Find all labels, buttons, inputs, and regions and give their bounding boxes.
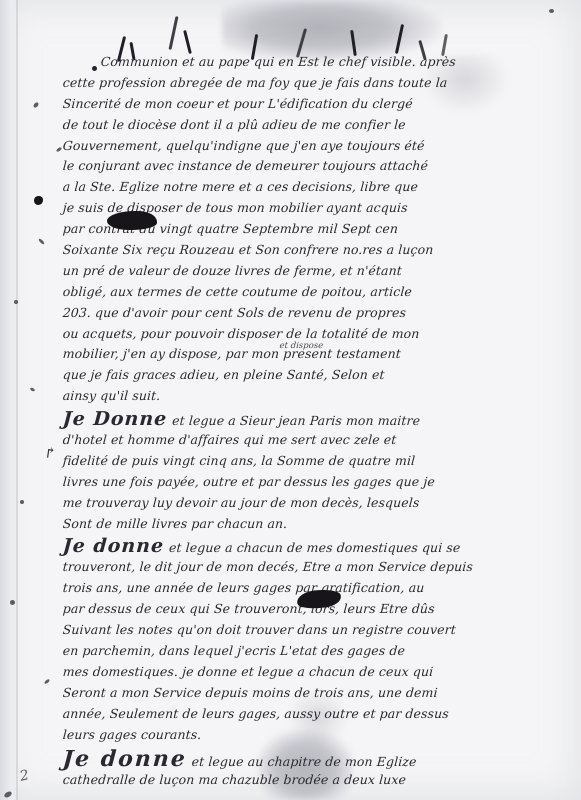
manuscript-line: leurs gages courants. <box>62 725 533 746</box>
manuscript-line-text: année, Seulement de leurs gages, aussy o… <box>62 706 449 721</box>
manuscript-line: le conjurant avec instance de demeurer t… <box>62 156 533 177</box>
manuscript-line-text: d'hotel et homme d'affaires qui me sert … <box>62 432 397 447</box>
manuscript-line: Je Donneet legue a Sieur jean Paris mon … <box>62 409 533 430</box>
manuscript-line-text: Seront a mon Service depuis moins de tro… <box>62 685 438 700</box>
manuscript-line-text: que je fais graces adieu, en pleine Sant… <box>62 367 385 382</box>
manuscript-line: Suivant les notes qu'on doit trouver dan… <box>62 620 533 641</box>
manuscript-line: en parchemin, dans lequel j'ecris L'etat… <box>62 641 533 662</box>
manuscript-line: d'hotel et homme d'affaires qui me sert … <box>62 430 533 451</box>
manuscript-line-text: a la Ste. Eglize notre mere et a ces dec… <box>62 179 418 194</box>
manuscript-line: et disposemobilier, j'en ay dispose, par… <box>62 344 533 365</box>
manuscript-line: cathedralle de luçon ma chazuble brodée … <box>62 770 533 791</box>
interline-insertion: et dispose <box>279 336 324 357</box>
manuscript-line: de tout le diocèse dont il a plû adieu d… <box>62 115 533 136</box>
manuscript-line-text: obligé, aux termes de cette coutume de p… <box>62 284 412 299</box>
manuscript-line-text: leurs gages courants. <box>62 727 202 742</box>
manuscript-line: ainsy qu'il suit. <box>62 386 533 407</box>
manuscript-line-text: cathedralle de luçon ma chazuble brodée … <box>62 772 406 787</box>
scanned-manuscript-page: ↱ 2 Communion et au pape qui en Est le c… <box>0 0 581 800</box>
ink-speck <box>38 238 45 245</box>
ink-speck <box>549 9 554 13</box>
manuscript-line-text: 203. que d'avoir pour cent Sols de reven… <box>62 305 406 320</box>
manuscript-line-text: ainsy qu'il suit. <box>62 388 161 403</box>
manuscript-line-text: Suivant les notes qu'on doit trouver dan… <box>62 622 456 637</box>
manuscript-line-text: Gouvernement, quelqu'indigne que j'en ay… <box>62 138 425 153</box>
manuscript-line: Seront a mon Service depuis moins de tro… <box>62 683 533 704</box>
manuscript-line-text: trois ans, une année de leurs gages par … <box>62 580 425 595</box>
paragraph-lead: Je Donne <box>62 408 173 430</box>
manuscript-line-text: fidelité de puis vingt cinq ans, la Somm… <box>62 453 415 468</box>
manuscript-line-text: trouveront, le dit jour de mon decés, Et… <box>62 559 473 574</box>
ink-speck <box>14 300 18 304</box>
manuscript-line: obligé, aux termes de cette coutume de p… <box>62 282 533 303</box>
ink-speck <box>10 600 15 605</box>
manuscript-line-text: et legue a chacun de mes domestiques qui… <box>169 540 461 555</box>
manuscript-line: fidelité de puis vingt cinq ans, la Somm… <box>62 451 533 472</box>
ink-blot-margin <box>34 196 43 205</box>
manuscript-line-text: je suis de disposer de tous mon mobilier… <box>62 200 408 215</box>
manuscript-line-text: et legue au chapitre de mon Eglize <box>191 754 417 769</box>
manuscript-line: trouveront, le dit jour de mon decés, Et… <box>62 557 533 578</box>
manuscript-line-text: par dessus de ceux qui Se trouveront, lo… <box>62 601 435 616</box>
page-number: 2 <box>18 767 30 785</box>
manuscript-line: 203. que d'avoir pour cent Sols de reven… <box>62 303 533 324</box>
ink-blot-over-word <box>107 211 157 230</box>
manuscript-text: Communion et au pape qui en Est le chef … <box>62 52 532 791</box>
bleedthrough-stroke <box>168 16 178 50</box>
manuscript-line: a la Ste. Eglize notre mere et a ces dec… <box>62 177 533 198</box>
manuscript-line-text: Sont de mille livres par chacun an. <box>62 516 288 531</box>
manuscript-line: Je donneet legue au chapitre de mon Egli… <box>62 749 533 770</box>
manuscript-line-text: et legue a Sieur jean Paris mon maitre <box>172 413 421 428</box>
manuscript-line-text: mobilier, j'en ay dispose, par mon prese… <box>62 346 401 361</box>
manuscript-line: que je fais graces adieu, en pleine Sant… <box>62 365 533 386</box>
manuscript-line: Sont de mille livres par chacun an. <box>62 514 533 535</box>
manuscript-line-text: en parchemin, dans lequel j'ecris L'etat… <box>62 643 405 658</box>
margin-insert-arrow-icon: ↱ <box>43 443 58 463</box>
manuscript-line: Sincerité de mon coeur et pour L'édifica… <box>62 94 533 115</box>
manuscript-line: cette profession abregée de ma foy que j… <box>62 73 533 94</box>
manuscript-line: trois ans, une année de leurs gages par … <box>62 578 533 599</box>
paragraph-lead: Je donne <box>62 746 193 772</box>
manuscript-line: Gouvernement, quelqu'indigne que j'en ay… <box>62 136 533 157</box>
paragraph-lead: Je donne <box>62 535 170 557</box>
ink-speck <box>30 387 36 392</box>
manuscript-line-text: de tout le diocèse dont il a plû adieu d… <box>62 117 406 132</box>
manuscript-line: Soixante Six reçu Rouzeau et Son confrer… <box>62 240 533 261</box>
manuscript-line-text: mes domestiques. je donne et legue a cha… <box>62 664 434 679</box>
manuscript-line: Communion et au pape qui en Est le chef … <box>62 52 533 73</box>
paper-crease <box>16 0 18 800</box>
manuscript-line: Je donneet legue a chacun de mes domesti… <box>62 536 533 557</box>
manuscript-line: livres une fois payée, outre et par dess… <box>62 472 533 493</box>
manuscript-line-text: Soixante Six reçu Rouzeau et Son confrer… <box>62 242 434 257</box>
bleedthrough-stroke <box>183 30 192 54</box>
manuscript-line-text: cette profession abregée de ma foy que j… <box>62 75 448 90</box>
manuscript-line-text: le conjurant avec instance de demeurer t… <box>62 158 428 173</box>
manuscript-line-text: un pré de valeur de douze livres de ferm… <box>62 263 402 278</box>
manuscript-line-text: me trouveray luy devoir au jour de mon d… <box>62 495 420 510</box>
manuscript-line-text: livres une fois payée, outre et par dess… <box>62 474 435 489</box>
manuscript-line-text: Sincerité de mon coeur et pour L'édifica… <box>62 96 413 111</box>
ink-speck <box>33 101 40 108</box>
manuscript-line: me trouveray luy devoir au jour de mon d… <box>62 493 533 514</box>
manuscript-line-text: Communion et au pape qui en Est le chef … <box>100 54 456 69</box>
manuscript-line: mes domestiques. je donne et legue a cha… <box>62 662 533 683</box>
manuscript-line: un pré de valeur de douze livres de ferm… <box>62 261 533 282</box>
ink-speck <box>20 500 24 504</box>
ink-speck <box>44 678 51 684</box>
manuscript-line-text: ou acquets, pour pouvoir disposer de la … <box>62 326 420 341</box>
manuscript-line: année, Seulement de leurs gages, aussy o… <box>62 704 533 725</box>
